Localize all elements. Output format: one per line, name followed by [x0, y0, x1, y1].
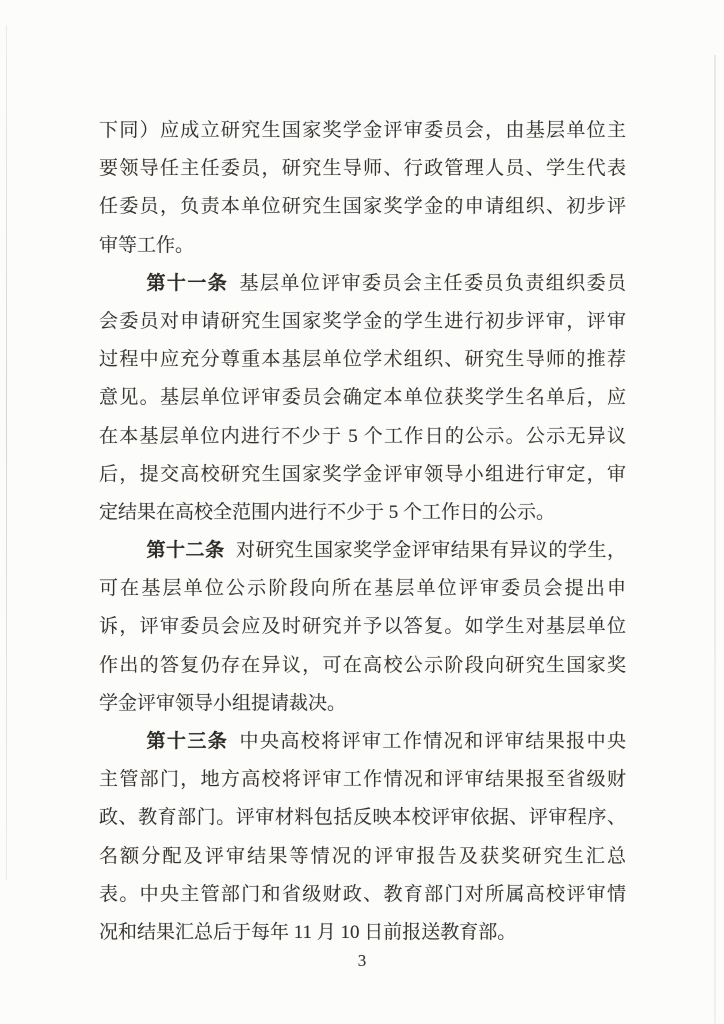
text-line: 第十二条对研究生国家奖学金评审结果有异议的学生， [99, 532, 626, 570]
line-text: 对研究生国家奖学金评审结果有异议的学生， [236, 540, 626, 561]
text-line: 意见。基层单位评审委员会确定本单位获奖学生名单后，应 [99, 379, 626, 417]
text-line: 过程中应充分尊重本基层单位学术组织、研究生导师的推荐 [99, 341, 626, 379]
text-line: 主管部门，地方高校将评审工作情况和评审结果报至省级财 [99, 761, 626, 799]
text-line: 名额分配及评审结果等情况的评审报告及获奖研究生汇总 [99, 838, 626, 876]
text-block: 下同）应成立研究生国家奖学金评审委员会，由基层单位主要领导任主任委员，研究生导师… [99, 112, 626, 952]
scan-edge-line-left [6, 25, 7, 880]
text-line: 任委员，负责本单位研究生国家奖学金的申请组织、初步评 [99, 188, 626, 226]
text-line: 政、教育部门。评审材料包括反映本校评审依据、评审程序、 [99, 799, 626, 837]
text-line: 第十三条中央高校将评审工作情况和评审结果报中央 [99, 723, 626, 761]
text-line: 在本基层单位内进行不少于 5 个工作日的公示。公示无异议 [99, 418, 626, 456]
text-line: 审等工作。 [99, 227, 626, 265]
text-line: 表。中央主管部门和省级财政、教育部门对所属高校评审情 [99, 876, 626, 914]
article-heading: 第十三条 [147, 731, 229, 752]
text-line: 定结果在高校全范围内进行不少于 5 个工作日的公示。 [99, 494, 626, 532]
document-page: 下同）应成立研究生国家奖学金评审委员会，由基层单位主要领导任主任委员，研究生导师… [0, 0, 724, 1024]
article-heading: 第十二条 [147, 540, 225, 561]
text-line: 后，提交高校研究生国家奖学金评审领导小组进行审定，审 [99, 456, 626, 494]
text-line: 要领导任主任委员，研究生导师、行政管理人员、学生代表 [99, 150, 626, 188]
article-heading: 第十一条 [147, 273, 229, 294]
text-line: 可在基层单位公示阶段向所在基层单位评审委员会提出申 [99, 570, 626, 608]
text-line: 下同）应成立研究生国家奖学金评审委员会，由基层单位主 [99, 112, 626, 150]
scan-edge-shadow-right [714, 55, 716, 1024]
text-line: 作出的答复仍存在异议，可在高校公示阶段向研究生国家奖 [99, 647, 626, 685]
page-number: 3 [0, 947, 724, 975]
text-line: 会委员对申请研究生国家奖学金的学生进行初步评审，评审 [99, 303, 626, 341]
text-line: 诉，评审委员会应及时研究并予以答复。如学生对基层单位 [99, 608, 626, 646]
line-text: 中央高校将评审工作情况和评审结果报中央 [240, 731, 626, 752]
line-text: 基层单位评审委员会主任委员负责组织委员 [240, 273, 626, 294]
text-line: 学金评审领导小组提请裁决。 [99, 685, 626, 723]
text-line: 第十一条基层单位评审委员会主任委员负责组织委员 [99, 265, 626, 303]
